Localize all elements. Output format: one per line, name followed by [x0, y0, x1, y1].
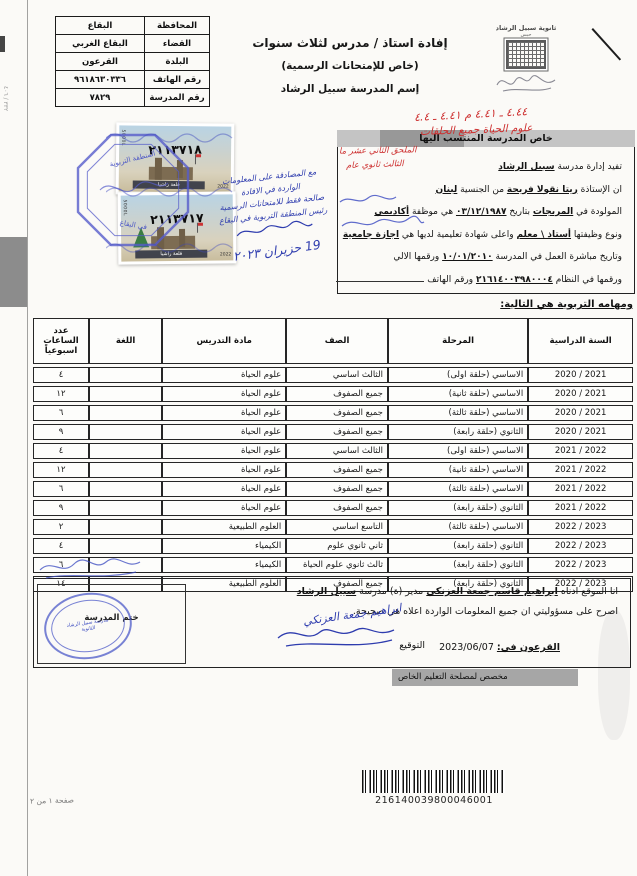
table-cell: الثالث اساسي — [286, 443, 388, 459]
declaration-segment: سبيل الرشاد — [297, 586, 356, 597]
table-cell: الكيمياء — [162, 557, 286, 573]
table-cell: ٤ — [33, 367, 89, 383]
table-cell: الاساسي (حلقة اولى) — [388, 443, 528, 459]
blank-underline — [336, 272, 424, 282]
table-row: 2020 / 2021الاساسي (حلقة ثالثة)جميع الصف… — [33, 405, 633, 421]
signature-label: التوقيع — [399, 640, 425, 651]
statement-segment: لبنان — [436, 185, 458, 195]
table-cell: 2021 / 2022 — [528, 500, 633, 516]
table-cell: ثالث ثانوي علوم الحياة — [286, 557, 388, 573]
table-cell — [89, 424, 162, 440]
region-value: ٧٨٢٩ — [56, 89, 145, 107]
table-cell: 2022 / 2023 — [528, 538, 633, 554]
table-cell: جميع الصفوف — [286, 462, 388, 478]
statement-segment: ورقمها في النظام — [553, 275, 622, 285]
round-ink-stamp: مدرسة سبيل الرشاد الثانوية — [40, 587, 136, 665]
scanned-document-page: ٣٣٢ / ٤٠٦ المحافظةالبقاعالقضاءالبقاع الغ… — [0, 0, 637, 876]
table-cell: الكيمياء — [162, 538, 286, 554]
school-logo-sublabel: حبس — [486, 32, 566, 38]
statement-segment: ورقمها الالي — [393, 252, 442, 262]
red-handwritten-note: الملحق الثاني عشر ما — [339, 145, 417, 156]
region-label: المحافظة — [145, 17, 210, 35]
table-cell: الثانوي (حلقة رابعة) — [388, 424, 528, 440]
round-stamp-line: الثانوية — [81, 625, 96, 633]
table-cell: 2021 / 2022 — [528, 443, 633, 459]
table-cell: علوم الحياة — [162, 481, 286, 497]
region-row: المحافظةالبقاع — [56, 17, 210, 35]
private-education-bar: مخصص لمصلحة التعليم الخاص — [392, 669, 578, 686]
table-row: 2021 / 2022الثانوي (حلقة رابعة)جميع الصف… — [33, 500, 633, 516]
table-cell: 2020 / 2021 — [528, 424, 633, 440]
table-cell: جميع الصفوف — [286, 481, 388, 497]
barcode-number: 216140039800046001 — [352, 795, 516, 806]
table-cell — [89, 386, 162, 402]
table-cell: جميع الصفوف — [286, 500, 388, 516]
table-row: 2021 / 2022الاساسي (حلقة ثالثة)جميع الصف… — [33, 481, 633, 497]
declaration-segment: ابراهيم قاسم جمعة العزنكي — [426, 586, 558, 597]
table-row: 2020 / 2021الاساسي (حلقة ثانية)جميع الصف… — [33, 386, 633, 402]
statement-segment: بتاريخ — [507, 207, 533, 217]
region-value: البقاع الغربي — [56, 35, 145, 53]
school-name-line: إسم المدرسة سبيل الرشاد — [245, 83, 455, 95]
statement-segment: المولودة في — [573, 207, 622, 217]
declaration-segment: انا الموقع ادناه — [558, 586, 618, 597]
table-cell: علوم الحياة — [162, 386, 286, 402]
school-logo: ثانوية سبيل الرشاد حبس — [486, 24, 566, 99]
table-cell — [89, 481, 162, 497]
assignments-table-wrap: السنة الدراسيةالمرحلةالصفمادة التدريسالل… — [33, 315, 633, 595]
table-cell: الثانوي (حلقة رابعة) — [388, 538, 528, 554]
table-cell: الثانوي (حلقة رابعة) — [388, 500, 528, 516]
scan-dark-patch — [0, 237, 27, 307]
table-cell: علوم الحياة — [162, 405, 286, 421]
table-cell — [89, 367, 162, 383]
region-label: البلدة — [145, 53, 210, 71]
table-cell: 2020 / 2021 — [528, 367, 633, 383]
director-signature: ابراهيم جمعة العزنكي — [262, 611, 402, 663]
school-logo-emblem-icon — [506, 40, 546, 69]
column-header: المرحلة — [388, 318, 528, 364]
table-cell: الاساسي (حلقة ثانية) — [388, 386, 528, 402]
table-cell: علوم الحياة — [162, 424, 286, 440]
column-header: السنة الدراسية — [528, 318, 633, 364]
round-ink-stamp-text: مدرسة سبيل الرشاد الثانوية — [48, 595, 129, 657]
region-label: رقم المدرسة — [145, 89, 210, 107]
region-value: القرعون — [56, 53, 145, 71]
column-header: مادة التدريس — [162, 318, 286, 364]
scan-diagonal-line — [592, 28, 622, 61]
statement-segment: ريتا نقولا فريحة — [507, 185, 578, 195]
red-handwritten-note: الثالث ثانوي عام — [346, 159, 404, 171]
table-cell: جميع الصفوف — [286, 424, 388, 440]
statement-segment: ٠٣/١٢/١٩٨٧ — [456, 207, 507, 217]
region-label: القضاء — [145, 35, 210, 53]
table-cell: ١٢ — [33, 462, 89, 478]
table-cell: ٤ — [33, 443, 89, 459]
table-cell: الاساسي (حلقة ثالثة) — [388, 405, 528, 421]
table-cell: الاساسي (حلقة ثالثة) — [388, 519, 528, 535]
statement-line: وتاريخ مباشرة العمل في المدرسة ١٠/٠١/٢٠١… — [344, 246, 622, 269]
table-cell — [89, 538, 162, 554]
declaration-line: انا الموقع ادناه ابراهيم قاسم جمعة العزن… — [297, 586, 618, 597]
table-cell: الثانوي (حلقة رابعة) — [388, 557, 528, 573]
scan-edge-line — [27, 0, 28, 876]
statement-segment: أستاذ \ معلم — [516, 230, 571, 240]
table-cell: ثاني ثانوي علوم — [286, 538, 388, 554]
statement-segment: ورقم الهاتف — [424, 275, 476, 285]
table-cell: جميع الصفوف — [286, 386, 388, 402]
statement-segment: ٢١٦١٤٠٠٣٩٨٠٠٠٤ — [476, 275, 553, 285]
table-cell — [89, 519, 162, 535]
declaration-date: 2023/06/07 — [439, 642, 494, 653]
barcode — [362, 770, 505, 793]
table-cell — [89, 405, 162, 421]
region-info-table: المحافظةالبقاعالقضاءالبقاع الغربيالبلدةا… — [55, 16, 210, 107]
table-row: 2020 / 2021الاساسي (حلقة اولى)الثالث اسا… — [33, 367, 633, 383]
blue-certification-note: مع المصادقة على المعلومات الواردة في الا… — [190, 162, 356, 265]
statement-segment: المريجات — [533, 207, 573, 217]
table-cell: ٦ — [33, 481, 89, 497]
statement-line: ورقمها في النظام ٢١٦١٤٠٠٣٩٨٠٠٠٤ ورقم اله… — [344, 269, 622, 292]
table-cell: الاساسي (حلقة اولى) — [388, 367, 528, 383]
table-cell: الاساسي (حلقة ثانية) — [388, 462, 528, 478]
region-row: البلدةالقرعون — [56, 53, 210, 71]
table-cell: ٢ — [33, 519, 89, 535]
table-cell: الثالث اساسي — [286, 367, 388, 383]
table-cell: 2021 / 2022 — [528, 481, 633, 497]
margin-reference-note: ٣٣٢ / ٤٠٦ — [2, 86, 9, 111]
region-row: رقم المدرسة٧٨٢٩ — [56, 89, 210, 107]
table-row: 2021 / 2022الاساسي (حلقة ثانية)جميع الصف… — [33, 462, 633, 478]
table-cell: ٤ — [33, 538, 89, 554]
table-cell: علوم الحياة — [162, 443, 286, 459]
table-row: 2022 / 2023الثانوي (حلقة رابعة)ثاني ثانو… — [33, 538, 633, 554]
school-logo-name: ثانوية سبيل الرشاد — [486, 24, 566, 32]
region-row: القضاءالبقاع الغربي — [56, 35, 210, 53]
table-row: 2021 / 2022الاساسي (حلقة اولى)الثالث اسا… — [33, 443, 633, 459]
table-cell: 2022 / 2023 — [528, 557, 633, 573]
table-cell: 2020 / 2021 — [528, 405, 633, 421]
table-cell: ١٢ — [33, 386, 89, 402]
table-row: 2020 / 2021الثانوي (حلقة رابعة)جميع الصف… — [33, 424, 633, 440]
table-cell: 2021 / 2022 — [528, 462, 633, 478]
place-label: القرعون في: — [497, 642, 560, 653]
statement-segment: ونوع وظيفتها — [571, 230, 622, 240]
declaration-segment: مدير (ة) مدرسة — [356, 586, 426, 597]
director-initials-signature — [493, 69, 559, 95]
column-header: الصف — [286, 318, 388, 364]
table-cell — [89, 443, 162, 459]
certificate-subtitle: (خاص للإمتحانات الرسمية) — [245, 60, 455, 72]
blue-ink-scribble — [36, 554, 146, 582]
page-indicator: صفحة ١ من ٢ — [30, 795, 74, 805]
statement-segment: ان الإستاذة — [578, 185, 622, 195]
region-value: البقاع — [56, 17, 145, 35]
table-cell: علوم الحياة — [162, 500, 286, 516]
column-header: عدد الساعات اسبوعياً — [33, 318, 89, 364]
school-stamp-box: ختم المدرسة مدرسة سبيل الرشاد الثانوية — [37, 584, 186, 664]
table-cell — [89, 500, 162, 516]
table-cell: التاسع اساسي — [286, 519, 388, 535]
table-cell: ٩ — [33, 500, 89, 516]
table-cell: 2020 / 2021 — [528, 386, 633, 402]
table-cell: ٩ — [33, 424, 89, 440]
table-cell: العلوم الطبيعية — [162, 519, 286, 535]
table-row: 2022 / 2023الاساسي (حلقة ثالثة)التاسع اس… — [33, 519, 633, 535]
table-cell: جميع الصفوف — [286, 405, 388, 421]
statement-segment: تفيد إدارة مدرسة — [555, 162, 622, 172]
table-cell — [89, 462, 162, 478]
region-label: رقم الهاتف — [145, 71, 210, 89]
certification-date: 19 حزيران ٢٠٢٣ — [198, 233, 356, 268]
place-date-line: القرعون في: 2023/06/07 — [439, 642, 560, 653]
table-cell: ٦ — [33, 405, 89, 421]
table-cell: علوم الحياة — [162, 367, 286, 383]
region-value: ٩٦١٨٦٣٠٣٣٦ — [56, 71, 145, 89]
statement-segment: من الجنسية — [457, 185, 507, 195]
red-handwritten-note: ٤.٤٤ ـ ٤.٤١ م ٤.٤١ ـ ٤.٤ — [414, 105, 528, 124]
table-cell: الاساسي (حلقة ثالثة) — [388, 481, 528, 497]
mandate-heading: ومهامه التربوية هي التالية: — [433, 299, 633, 310]
table-cell: علوم الحياة — [162, 462, 286, 478]
statement-segment: ١٠/٠١/٢٠١٠ — [442, 252, 493, 262]
statement-segment: وتاريخ مباشرة العمل في المدرسة — [493, 252, 622, 262]
scan-corner-mark — [0, 36, 5, 52]
column-header: اللغة — [89, 318, 162, 364]
table-cell: 2022 / 2023 — [528, 519, 633, 535]
statement-segment: سبيل الرشاد — [498, 162, 554, 172]
declaration-box: انا الموقع ادناه ابراهيم قاسم جمعة العزن… — [33, 578, 631, 668]
assignments-table: السنة الدراسيةالمرحلةالصفمادة التدريسالل… — [33, 315, 633, 595]
region-row: رقم الهاتف٩٦١٨٦٣٠٣٣٦ — [56, 71, 210, 89]
certificate-title: إفادة استاذ / مدرس لثلاث سنوات — [245, 36, 455, 50]
